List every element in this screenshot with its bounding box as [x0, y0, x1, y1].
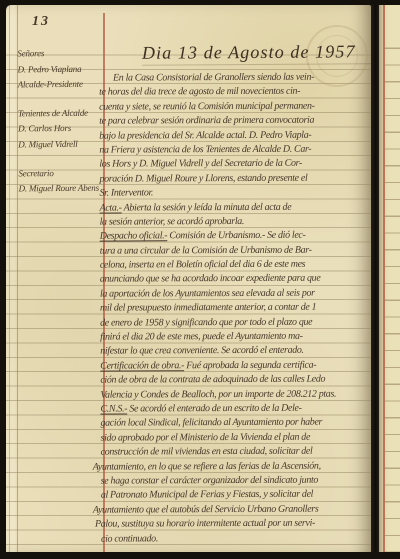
margin-note: Tenientes de Alcalde	[18, 105, 106, 121]
body-line: la aportación de los Ayuntamientos sea e…	[100, 286, 372, 302]
margin-note: D. Miguel Roure Abens	[19, 181, 107, 197]
body-line: la sesión anterior, se acordó aprobarla.	[100, 214, 372, 230]
body-line: cio continuado.	[101, 531, 373, 547]
body-line: Ayuntamiento que el autobús del Servicio…	[93, 502, 373, 518]
body-line: nifestar lo que crea conveniente. Se aco…	[100, 344, 372, 360]
body-line: mil del presupuesto inmediatamente anter…	[100, 301, 372, 317]
body-line: poración D. Miguel Roure y Llorens, esta…	[99, 171, 371, 187]
paragraph-label: Despacho oficial.-	[100, 231, 168, 242]
body-line: anunciando que se ha acordado incoar exp…	[100, 272, 372, 288]
body-line: se haga constar el carácter organizador …	[101, 473, 373, 489]
margin-note: D. Miguel Vidrell	[18, 137, 106, 153]
margin-note: Alcalde-Presidente	[18, 77, 106, 93]
body-line: En la Casa Consistorial de Granollers si…	[113, 70, 371, 86]
paragraph-label: Certificación de obra.-	[100, 360, 184, 371]
facing-page-ruled-lines	[385, 32, 400, 555]
body-line: te horas del dia trece de agosto de mil …	[99, 85, 371, 101]
body-text: En la Casa Consistorial de Granollers si…	[99, 70, 373, 546]
body-line: Sr. Interventor.	[99, 186, 371, 202]
body-line: de enero de 1958 y significando que por …	[100, 315, 372, 331]
paragraph-label: C.N.S.-	[100, 403, 127, 414]
body-line: Certificación de obra.- Fué aprobada la …	[100, 358, 372, 374]
margin-note: Señores	[17, 46, 105, 62]
body-line: al Patronato Municipal de Ferias y Fiest…	[101, 488, 373, 504]
body-line: C.N.S.- Se acordó el enterado de un escr…	[100, 401, 372, 417]
facing-page-edge	[379, 2, 400, 555]
margin-note: Secretario	[18, 165, 106, 181]
body-line: ción de obra de la contrata de adoquinad…	[100, 373, 372, 389]
body-line: te para celebrar sesión ordinaria de pri…	[99, 114, 371, 130]
photo-border-left	[0, 0, 6, 559]
scanned-photo: 13 Dia 13 de Agosto de 1957 SeñoresD. Pe…	[0, 0, 400, 559]
photo-border-bottom	[0, 552, 400, 559]
page-number: 13	[32, 14, 50, 30]
body-line: construcción de mil viviendas en esta ci…	[101, 445, 373, 461]
body-line: cuenta y siete, se reunió la Comisión mu…	[99, 99, 371, 115]
margin-note: D. Carlos Hors	[18, 121, 106, 137]
body-line: los Hors y D. Miguel Vidrell y del Secre…	[99, 157, 371, 173]
paragraph-label: Acta.-	[100, 202, 122, 213]
body-line: Despacho oficial.- Comisión de Urbanismo…	[100, 229, 372, 245]
manuscript-page: 13 Dia 13 de Agosto de 1957 SeñoresD. Pe…	[6, 5, 371, 552]
margin-note: D. Pedro Viaplana	[17, 61, 105, 77]
body-line: Acta.- Abierta la sesión y leída la minu…	[100, 200, 372, 216]
body-line: tura a una circular de la Comisión de Ur…	[100, 243, 372, 259]
body-line: sido aprobado por el Ministerio de la Vi…	[101, 430, 373, 446]
body-line: gación local Sindical, felicitando al Ay…	[100, 416, 372, 432]
book-gutter-shadow	[371, 0, 379, 559]
body-line: Valencia y Condes de Bealloch, por un im…	[100, 387, 372, 403]
body-line: celona, inserta en el Boletín oficial de…	[100, 257, 372, 273]
body-line: Ayuntamiento, en lo que se refiere a las…	[93, 459, 373, 475]
body-line: bajo la presidencia del Sr. Alcalde acta…	[99, 128, 371, 144]
margin-column: SeñoresD. Pedro ViaplanaAlcalde-Presiden…	[17, 46, 106, 198]
photo-border-top	[0, 0, 400, 5]
body-line: finirá el dia 20 de este mes, puede el A…	[100, 329, 372, 345]
page-title: Dia 13 de Agosto de 1957	[142, 41, 372, 66]
body-line: na Friera y asistencia de los Tenientes …	[99, 142, 371, 158]
body-line: Palou, sustituya su horario intermitente…	[95, 517, 373, 533]
